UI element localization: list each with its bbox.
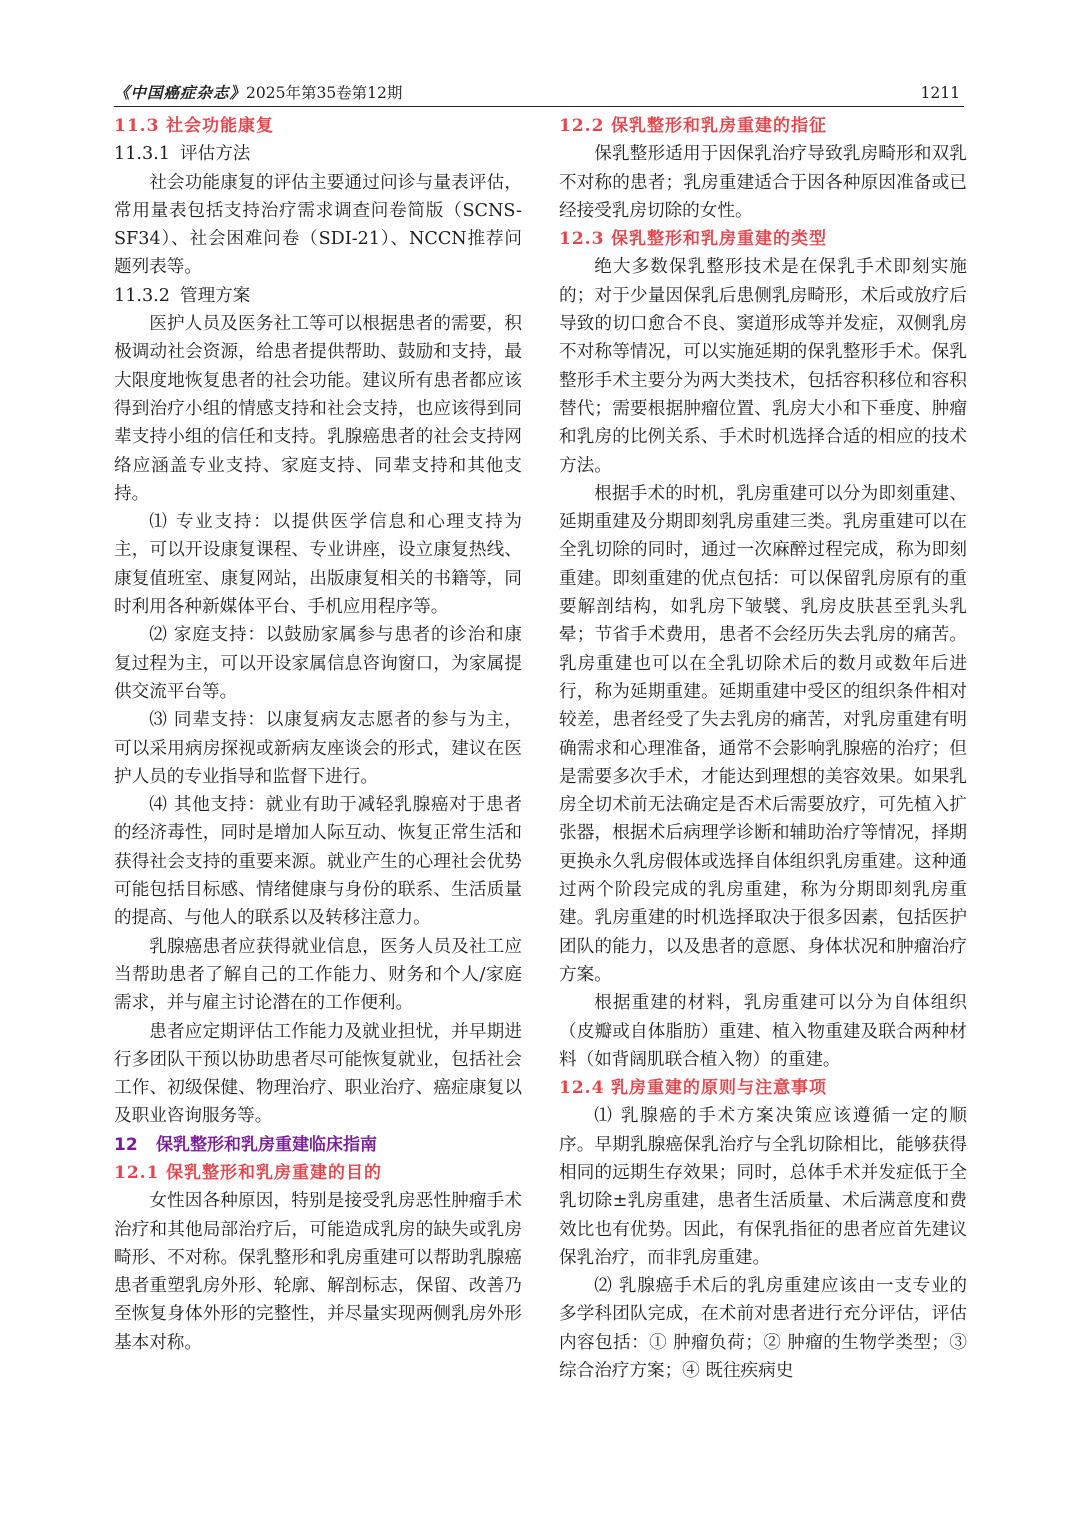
heading-11-3-2: 11.3.2管理方案 (114, 282, 522, 310)
page-number: 1211 (921, 82, 960, 104)
heading-12: 12保乳整形和乳房重建临床指南 (114, 1131, 522, 1159)
heading-12-1: 12.1保乳整形和乳房重建的目的 (114, 1159, 522, 1187)
heading-11-3: 11.3社会功能康复 (114, 112, 522, 140)
paragraph: 医护人员及医务社工等可以根据患者的需要，积极调动社会资源，给患者提供帮助、鼓励和… (114, 310, 522, 508)
paragraph: 保乳整形适用于因保乳治疗导致乳房畸形和双乳不对称的患者；乳房重建适合于因各种原因… (559, 140, 967, 225)
heading-12-4: 12.4乳房重建的原则与注意事项 (559, 1074, 967, 1102)
heading-12-3: 12.3保乳整形和乳房重建的类型 (559, 225, 967, 253)
paragraph: ⑴ 专业支持：以提供医学信息和心理支持为主，可以开设康复课程、专业讲座，设立康复… (114, 508, 522, 621)
paragraph: 患者应定期评估工作能力及就业担忧，并早期进行多团队干预以协助患者尽可能恢复就业，… (114, 1018, 522, 1131)
paragraph: 根据重建的材料，乳房重建可以分为自体组织（皮瓣或自体脂肪）重建、植入物重建及联合… (559, 989, 967, 1074)
paragraph: ⑵ 乳腺癌手术后的乳房重建应该由一支专业的多学科团队完成，在术前对患者进行充分评… (559, 1272, 967, 1385)
left-column: 11.3社会功能康复 11.3.1评估方法 社会功能康复的评估主要通过问诊与量表… (114, 112, 522, 1357)
paragraph: 根据手术的时机，乳房重建可以分为即刻重建、延期重建及分期即刻乳房重建三类。乳房重… (559, 480, 967, 989)
paragraph: 女性因各种原因，特别是接受乳房恶性肿瘤手术治疗和其他局部治疗后，可能造成乳房的缺… (114, 1187, 522, 1357)
paragraph: 社会功能康复的评估主要通过问诊与量表评估，常用量表包括支持治疗需求调查问卷简版（… (114, 169, 522, 282)
journal-citation: 《中国癌症杂志》2025年第35卷第12期 (114, 82, 402, 104)
right-column: 12.2保乳整形和乳房重建的指征 保乳整形适用于因保乳治疗导致乳房畸形和双乳不对… (559, 112, 967, 1385)
heading-12-2: 12.2保乳整形和乳房重建的指征 (559, 112, 967, 140)
heading-11-3-1: 11.3.1评估方法 (114, 140, 522, 168)
paragraph: ⑴ 乳腺癌的手术方案决策应该遵循一定的顺序。早期乳腺癌保乳治疗与全乳切除相比，能… (559, 1102, 967, 1272)
paragraph: 绝大多数保乳整形技术是在保乳手术即刻实施的；对于少量因保乳后患侧乳房畸形，术后或… (559, 253, 967, 479)
journal-issue: 2025年第35卷第12期 (246, 84, 402, 102)
paragraph: 乳腺癌患者应获得就业信息，医务人员及社工应当帮助患者了解自己的工作能力、财务和个… (114, 933, 522, 1018)
paragraph: ⑷ 其他支持：就业有助于减轻乳腺癌对于患者的经济毒性，同时是增加人际互动、恢复正… (114, 791, 522, 932)
running-header: 《中国癌症杂志》2025年第35卷第12期 1211 (114, 82, 964, 107)
journal-name: 《中国癌症杂志》 (114, 83, 246, 102)
paragraph: ⑶ 同辈支持：以康复病友志愿者的参与为主，可以采用病房探视或新病友座谈会的形式，… (114, 706, 522, 791)
paragraph: ⑵ 家庭支持：以鼓励家属参与患者的诊治和康复过程为主，可以开设家属信息咨询窗口，… (114, 621, 522, 706)
